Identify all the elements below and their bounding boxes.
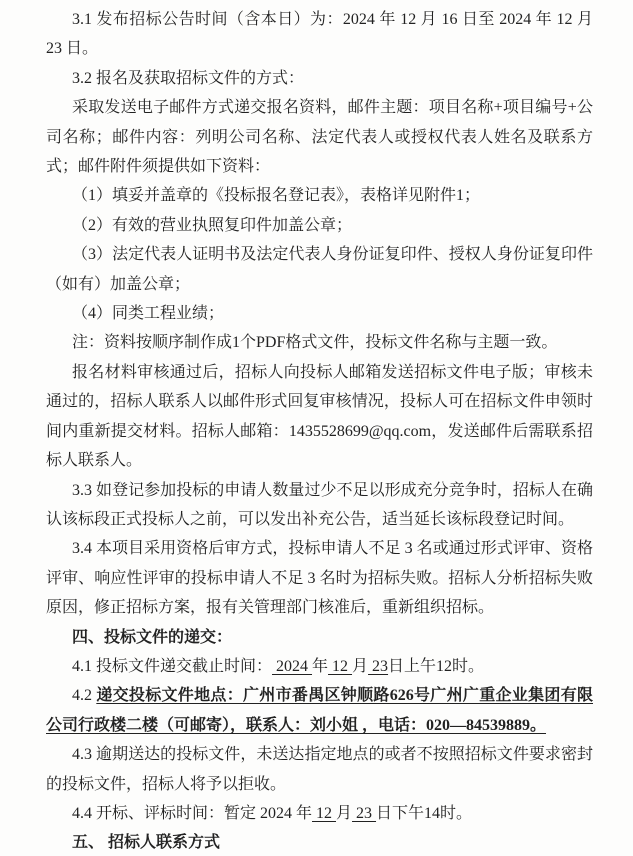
attachment-item-1: （1）填妥并盖章的《投标报名登记表》，表格详见附件1； bbox=[46, 181, 593, 210]
deadline-time-suffix: 日上午12时。 bbox=[388, 658, 484, 675]
attachment-item-3: （3）法定代表人证明书及法定代表人身份证复印件、授权人身份证复印件（如有）加盖公… bbox=[46, 240, 593, 299]
clause-4-2: 4.2 递交投标文件地点：广州市番禺区钟顺路626号广州广重企业集团有限公司行政… bbox=[46, 681, 593, 740]
clause-4-3: 4.3 逾期送达的投标文件，未送达指定地点的或者不按照招标文件要求密封的投标文件… bbox=[46, 740, 593, 799]
deadline-year-value: 2024 bbox=[272, 658, 312, 675]
submission-address-text: 递交投标文件地点：广州市番禺区钟顺路626号广州广重企业集团有限公司行政楼二楼（… bbox=[46, 687, 593, 733]
clause-4-2-number: 4.2 bbox=[72, 687, 96, 704]
deadline-day-value: 23 bbox=[368, 658, 388, 675]
clause-3-3: 3.3 如登记参加投标的申请人数量过少不足以形成充分竞争时，招标人在确认该标段正… bbox=[46, 476, 593, 535]
clause-4-1-label: 4.1 投标文件递交截止时间： bbox=[72, 658, 272, 675]
deadline-month-value: 12 bbox=[328, 658, 352, 675]
clause-3-4: 3.4 本项目采用资格后审方式，投标申请人不足 3 名或通过形式评审、资格评审、… bbox=[46, 534, 593, 622]
note-paragraph: 注：资料按顺序制作成1个PDF格式文件，投标文件名称与主题一致。 bbox=[46, 328, 593, 357]
attachment-item-4: （4）同类工程业绩； bbox=[46, 299, 593, 328]
review-process-paragraph: 报名材料审核通过后，招标人向投标人邮箱发送招标文件电子版；审核未通过的，招标人联… bbox=[46, 358, 593, 476]
opening-time-suffix: 日下午14时。 bbox=[376, 805, 472, 822]
attachment-item-2: （2）有效的营业执照复印件加盖公章； bbox=[46, 211, 593, 240]
clause-3-1: 3.1 发布招标公告时间（含本日）为：2024 年 12 月 16 日至 202… bbox=[46, 5, 593, 64]
month-unit: 月 bbox=[352, 658, 368, 675]
section-4-heading: 四、投标文件的递交： bbox=[46, 623, 593, 652]
opening-month-unit: 月 bbox=[336, 805, 352, 822]
tender-document-page: 3.1 发布招标公告时间（含本日）为：2024 年 12 月 16 日至 202… bbox=[0, 0, 633, 856]
opening-month-value: 12 bbox=[312, 805, 336, 822]
clause-4-4-label: 4.4 开标、评标时间：暂定 2024 年 bbox=[72, 805, 312, 822]
section-5-heading: 五、 招标人联系方式 bbox=[46, 828, 593, 856]
opening-day-value: 23 bbox=[352, 805, 376, 822]
clause-4-1: 4.1 投标文件递交截止时间： 2024 年 12 月 23日上午12时。 bbox=[46, 652, 593, 681]
registration-method-paragraph: 采取发送电子邮件方式递交报名资料，邮件主题：项目名称+项目编号+公司名称；邮件内… bbox=[46, 93, 593, 181]
year-unit: 年 bbox=[312, 658, 328, 675]
clause-3-2: 3.2 报名及获取招标文件的方式： bbox=[46, 64, 593, 93]
clause-4-4: 4.4 开标、评标时间：暂定 2024 年 12 月 23 日下午14时。 bbox=[46, 799, 593, 828]
